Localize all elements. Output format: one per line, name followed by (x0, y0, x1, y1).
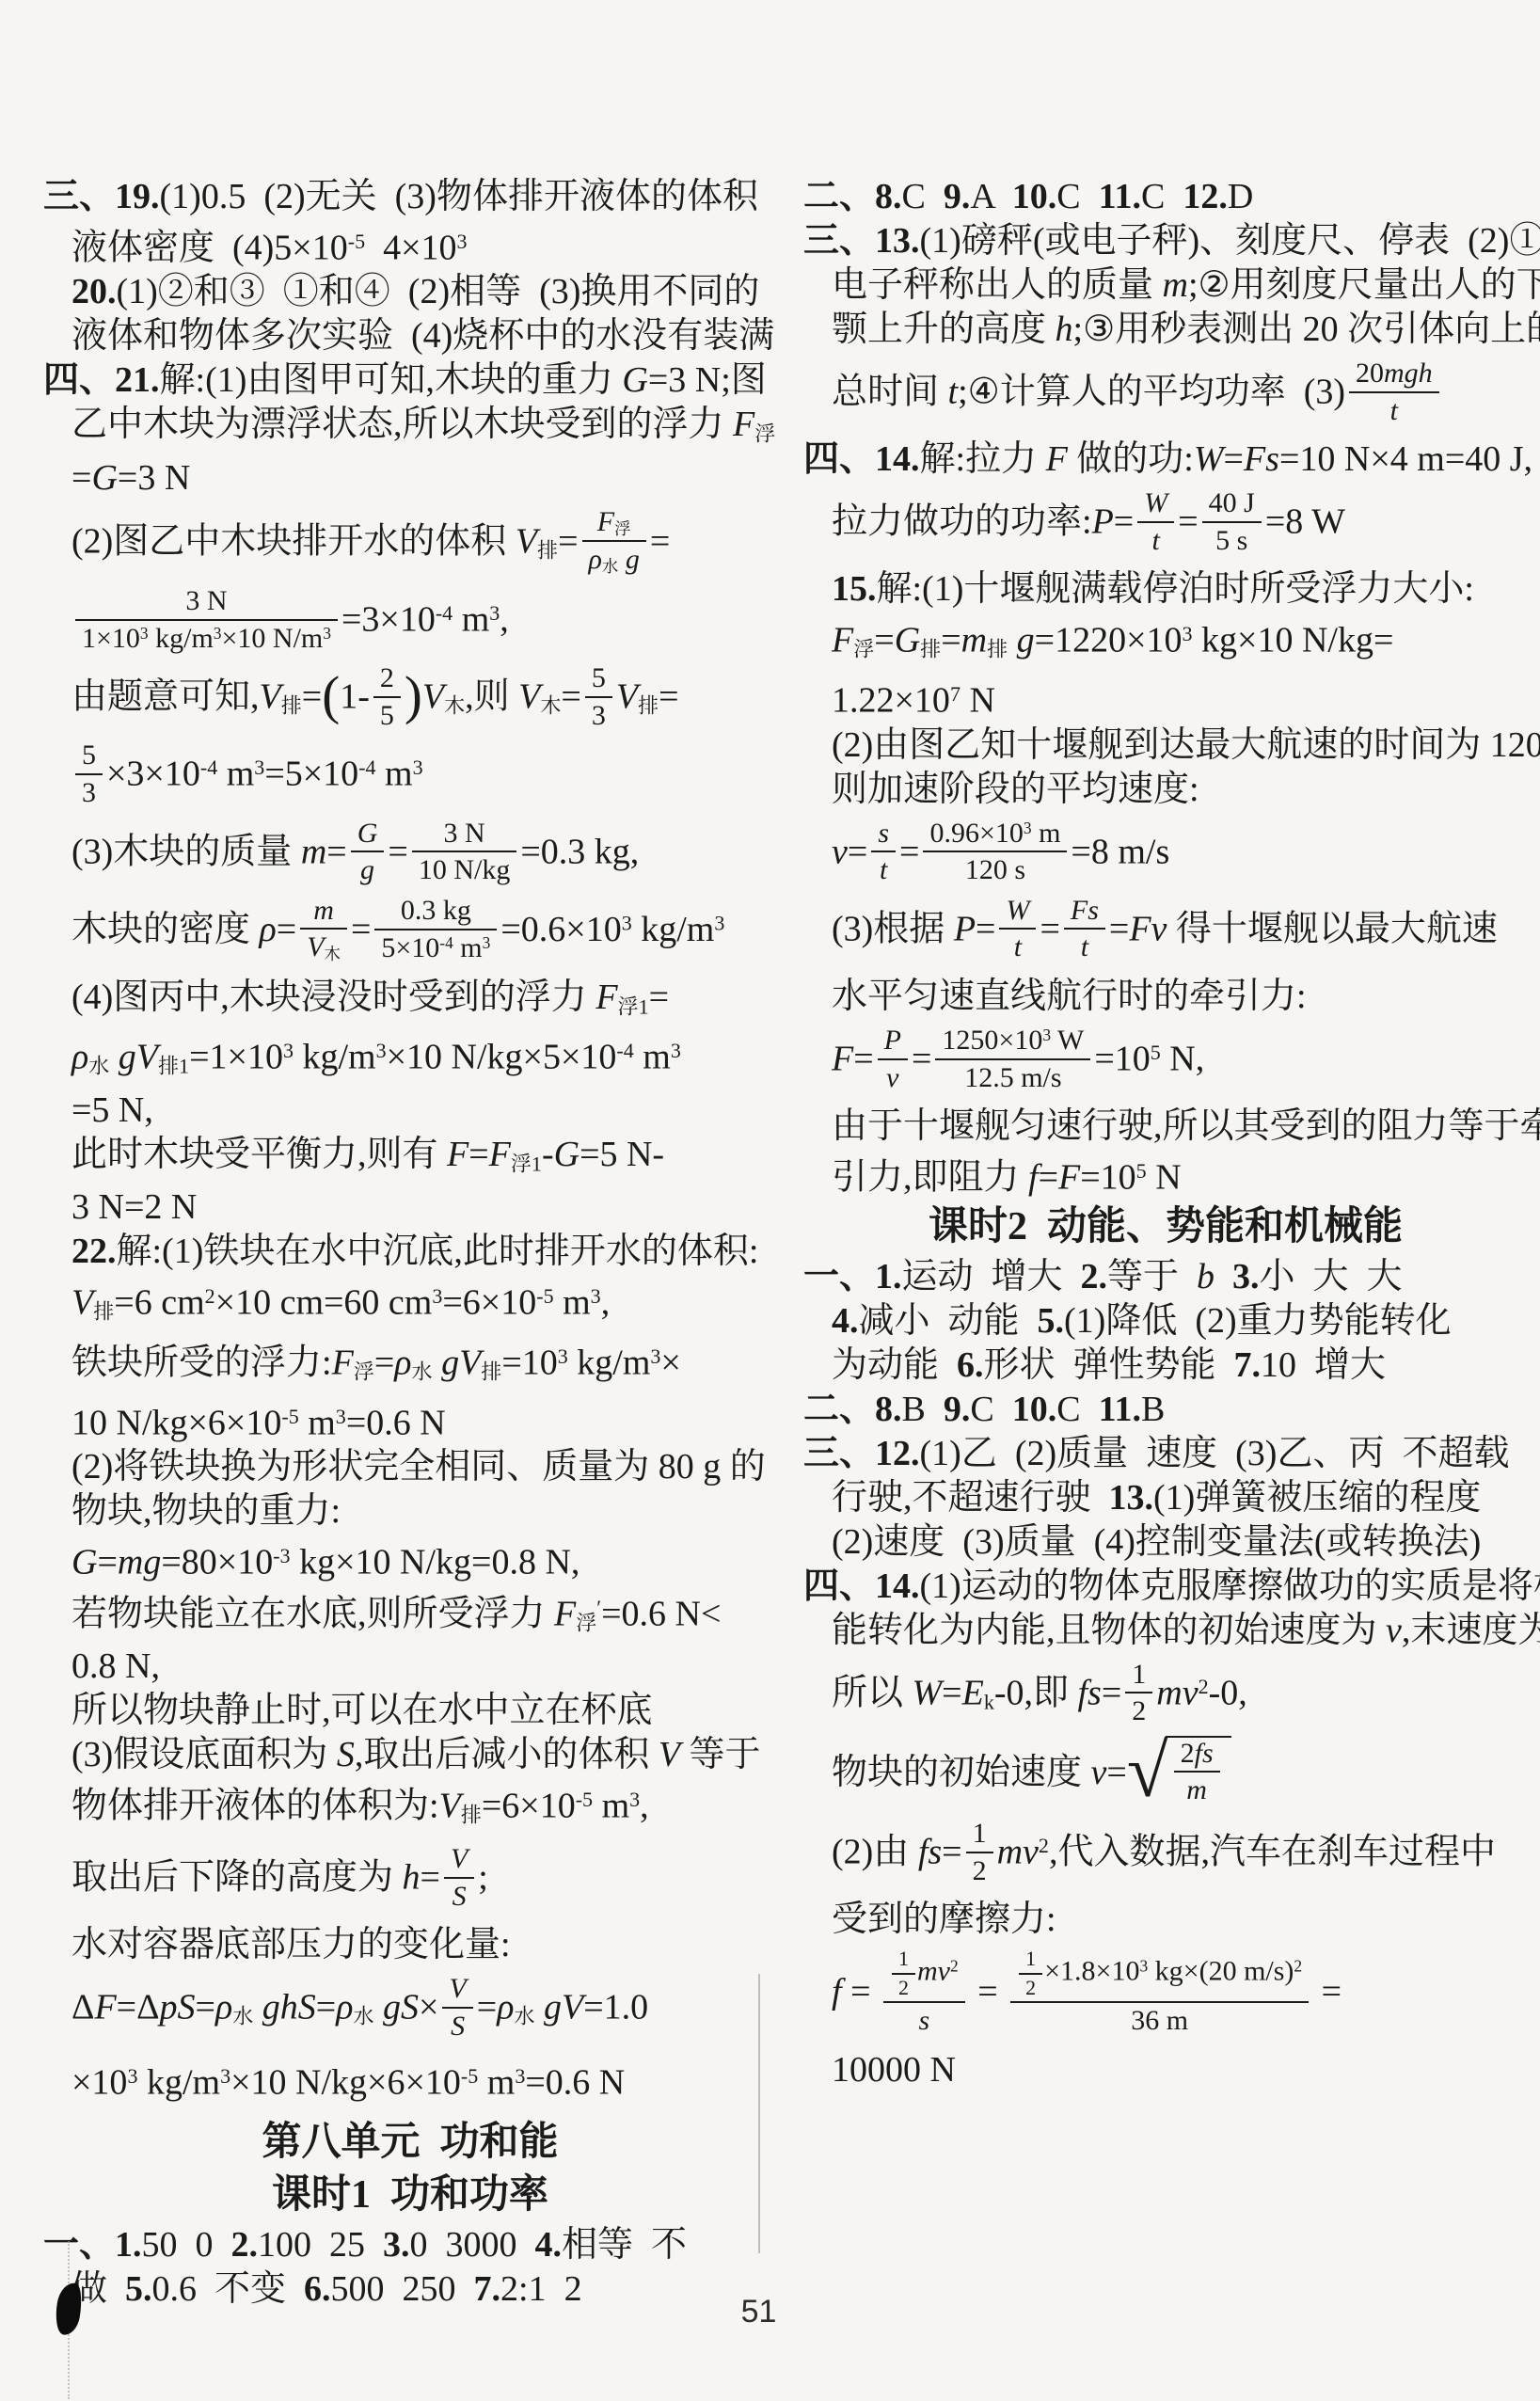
text-run: ×1.8×10 (1044, 1956, 1139, 1987)
item-number: 7. (1234, 1345, 1262, 1385)
answer-line: 拉力做功的功率:P=Wt=40 J5 s=8 W (803, 490, 1528, 559)
text-run: = (1224, 439, 1244, 479)
math-variable: h (1056, 310, 1073, 349)
superscript: 3 (432, 1284, 442, 1308)
text-run: 课时2 动能、势能和机械能 (929, 1205, 1403, 1248)
text-run: 5 s (1215, 525, 1247, 556)
answer-line: 20.(1)②和③ ①和④ (2)相等 (3)换用不同的 (43, 270, 777, 314)
fraction-numerator: 20mgh (1349, 358, 1439, 393)
answer-line: 颚上升的高度 h;③用秒表测出 20 次引体向上的 (803, 308, 1528, 352)
superscript: 3 (671, 1039, 681, 1062)
math-variable: m (1163, 265, 1188, 305)
text-run: 3 (82, 777, 96, 808)
answer-line: 水平匀速直线航行时的牵引力: (803, 975, 1528, 1019)
answer-line: 0.8 N, (43, 1645, 777, 1689)
text-run: kg×(20 m/s) (1148, 1956, 1294, 1987)
text-run: 0.3 kg (401, 895, 471, 926)
text-run: × (419, 1988, 438, 2027)
fraction-denominator: 2 (1019, 1975, 1042, 2000)
text-run: = (650, 521, 670, 561)
fraction: 40 J5 s (1202, 487, 1262, 556)
fraction-numerator: 12mv2 (883, 1948, 965, 2003)
math-variable: v (1091, 1753, 1107, 1792)
text-run: = (1178, 502, 1198, 542)
superscript: 3 (220, 2064, 230, 2088)
text-run: 物块,物块的重力: (71, 1491, 341, 1531)
math-variable: g (360, 854, 374, 885)
text-run: = (659, 677, 678, 717)
superscript: 3 (629, 1788, 640, 1811)
text-run: 木块的密度 (71, 910, 260, 949)
text-run: (1)弹簧被压缩的程度 (1153, 1478, 1481, 1518)
text-run (1215, 1257, 1232, 1296)
text-run: 由题意可知, (71, 677, 260, 717)
fraction: 12 (966, 1818, 993, 1886)
math-variable: W (1144, 487, 1167, 518)
text-run: m (1032, 818, 1061, 849)
answer-line: (2)图乙中木块排开水的体积 V排=F浮ρ水 g= (43, 509, 777, 580)
math-variable: v (1386, 1611, 1402, 1650)
text-run: ×10 (71, 2062, 127, 2102)
fraction: VS (444, 1843, 474, 1912)
superscript: 3 (323, 624, 331, 643)
text-run: N (961, 681, 995, 721)
subscript: 浮 (354, 1360, 374, 1384)
page-number: 51 (0, 2294, 1517, 2330)
radical-content: 2fsm (1166, 1736, 1231, 1809)
superscript: 3 (558, 1344, 568, 1368)
text-run: 10 N/kg (419, 854, 511, 885)
answer-line: 三、19.(1)0.5 (2)无关 (3)物体排开液体的体积 (43, 175, 777, 219)
math-variable: v (886, 1062, 898, 1093)
text-run: 得十堰舰以最大航速 (1167, 909, 1498, 948)
text-run: =8 W (1265, 502, 1345, 542)
text-run: = (899, 832, 919, 871)
fraction-denominator: 3 (75, 775, 103, 809)
text-run: = (302, 677, 322, 717)
answer-line: 液体密度 (4)5×10-5 4×103 (43, 219, 777, 270)
text-run: ×10 N/m (222, 623, 324, 654)
answer-line: ΔF=ΔpS=ρ水 ghS=ρ水 gS×VS=ρ水 gV=1.0 (43, 1976, 777, 2044)
math-variable: F (489, 1135, 511, 1174)
answer-line: 一、1.50 0 2.100 25 3.0 3000 4.相等 不 (43, 2223, 777, 2267)
math-variable: Fv (1129, 909, 1167, 948)
text-run: ; (478, 1858, 488, 1898)
fraction-numerator: 5 (585, 662, 612, 698)
subscript: 木 (325, 946, 341, 964)
fraction-denominator: V木 (300, 930, 347, 964)
math-variable: f (832, 1972, 842, 2011)
text-run: B (902, 1390, 944, 1429)
answer-line: 四、14.解:拉力 F 做的功:W=Fs=10 N×4 m=40 J, (803, 437, 1528, 482)
fraction: 3 N1×103 kg/m3×10 N/m3 (75, 585, 338, 654)
answer-line: 电子秤称出人的质量 m;②用刻度尺量出人的下 (803, 263, 1528, 308)
math-variable: fs (1078, 1673, 1102, 1712)
math-variable: V (659, 1735, 680, 1774)
fraction-denominator: 1×103 kg/m3×10 N/m3 (75, 621, 338, 655)
math-variable: V (449, 1973, 466, 2004)
item-number: 三、13. (803, 221, 920, 261)
superscript: 2 (1199, 1674, 1209, 1697)
item-number: 13. (1109, 1478, 1154, 1518)
text-run: 50 0 (142, 2225, 231, 2265)
math-variable: F (832, 621, 853, 660)
superscript: 3 (376, 1039, 387, 1062)
math-variable: m (1186, 1774, 1207, 1805)
text-run: = (848, 832, 867, 871)
subscript: 水 (353, 2005, 373, 2028)
fraction-numerator: 1 (1125, 1659, 1152, 1694)
math-variable: V (422, 677, 444, 717)
text-run: 液体密度 (4)5×10 (71, 228, 348, 267)
subscript: 排 (987, 638, 1008, 661)
math-variable: V (439, 1787, 461, 1826)
text-run: N, (1161, 1039, 1204, 1078)
answer-line: 所以 W=Ek-0,即 fs=12mv2-0, (803, 1662, 1528, 1730)
math-variable: ρ (260, 910, 277, 949)
fraction-denominator: m (1174, 1773, 1220, 1806)
fraction-numerator: 0.3 kg (374, 895, 497, 930)
item-number: 6. (957, 1345, 984, 1385)
math-variable: mv (1156, 1673, 1198, 1712)
fraction-denominator: 5 s (1202, 523, 1262, 557)
fraction-numerator: 40 J (1202, 487, 1262, 523)
text-run: ;②用刻度尺量出人的下 (1188, 265, 1540, 305)
math-variable: ρ (71, 1038, 88, 1077)
fraction: F浮ρ水 g (582, 506, 646, 577)
math-variable: W (913, 1673, 943, 1712)
text-run: = (1114, 502, 1134, 542)
text-run: 水对容器底部压力的变化量: (71, 1925, 511, 1964)
text-run: = (649, 978, 669, 1017)
math-variable: S (337, 1735, 355, 1774)
math-variable: ρ (394, 1344, 411, 1383)
text-run: = (912, 1039, 931, 1078)
subscript: 浮 (853, 638, 874, 661)
text-run: 解:(1)由图甲可知,木块的重力 (160, 360, 623, 400)
text-run: 12.5 m/s (964, 1062, 1061, 1093)
fraction-numerator: 0.96×103 m (923, 818, 1067, 853)
answer-line: 为动能 6.形状 弹性势能 7.10 增大 (803, 1344, 1528, 1388)
text-run: ;③用秒表测出 20 次引体向上的 (1073, 310, 1540, 349)
superscript: 3 (714, 911, 724, 934)
text-run: 液体和物体多次实验 (4)烧杯中的水没有装满 (71, 316, 774, 356)
text-run: (2)将铁块换为形状完全相同、质量为 80 g 的 (71, 1447, 766, 1487)
text-run: = (561, 677, 580, 717)
math-variable: F (447, 1135, 468, 1174)
answer-line: 水对容器底部压力的变化量: (43, 1923, 777, 1967)
fraction: 25 (373, 662, 401, 731)
text-run: ×10 cm=60 cm (215, 1283, 433, 1323)
answer-line: F=Pv=1250×103 W12.5 m/s=105 N, (803, 1027, 1528, 1096)
text-run: = (1039, 1158, 1058, 1198)
math-variable: W (1006, 895, 1029, 926)
fraction-denominator: ρ水 g (582, 542, 646, 577)
answer-line: 1.22×107 N (803, 672, 1528, 723)
text-run: C (1056, 1390, 1098, 1429)
math-variable: m (301, 832, 326, 871)
text-run: kg/m (294, 1038, 376, 1077)
answer-line: 受到的摩擦力: (803, 1898, 1528, 1942)
fraction-denominator: 2 (1125, 1693, 1152, 1727)
fraction-numerator: 5 (75, 739, 103, 775)
fraction-denominator: t (871, 852, 896, 886)
text-run: =1220×10 (1035, 621, 1183, 660)
text-run: (4)图丙中,木块浸没时受到的浮力 (71, 978, 595, 1017)
item-number: 5. (1038, 1301, 1065, 1341)
answer-line: 此时木块受平衡力,则有 F=F浮1-G=5 N- (43, 1133, 777, 1185)
math-variable: G (71, 1543, 97, 1582)
big-paren: ( (322, 666, 340, 725)
text-run: = (842, 1972, 880, 2011)
math-variable: V (451, 1843, 468, 1874)
superscript: 2 (1039, 1834, 1049, 1857)
subscript: 排 (281, 694, 302, 718)
text-run: m (478, 2062, 515, 2102)
text-run: 解:(1)十堰舰满载停泊时所受浮力大小: (877, 569, 1474, 609)
item-number: 3. (1232, 1257, 1260, 1296)
text-run: 水平匀速直线航行时的牵引力: (832, 977, 1307, 1016)
fraction: st (871, 818, 896, 886)
math-variable: V (516, 521, 537, 561)
text-run: =0.3 kg, (520, 832, 639, 871)
text-run: (2)图乙中木块排开水的体积 (71, 521, 516, 561)
superscript: -4 (616, 1039, 633, 1062)
text-run: = (1040, 909, 1059, 948)
math-variable: V (260, 677, 281, 717)
text-run: W (1051, 1025, 1084, 1056)
text-run: 所以物块静止时,可以在水中立在杯底 (71, 1691, 653, 1730)
text-run: ×3×10 (106, 755, 200, 794)
math-variable: pS (160, 1988, 196, 2027)
fraction-numerator: 3 N (75, 585, 338, 621)
text-run: Δ (71, 1988, 94, 2027)
answer-line: (3)根据 P=Wt=Fst=Fv 得十堰舰以最大航速 (803, 898, 1528, 966)
text-run: 3 N=2 N (71, 1187, 197, 1227)
text-run: =0.6 N (346, 1403, 446, 1442)
superscript: 3 (1042, 1026, 1051, 1044)
text-run: 课时1 功和功率 (272, 2173, 548, 2217)
answer-line: 所以物块静止时,可以在水中立在杯底 (43, 1689, 777, 1733)
answer-line: f = 12mv2s = 12×1.8×103 kg×(20 m/s)236 m… (803, 1950, 1528, 2040)
math-variable: P (1092, 502, 1114, 542)
answer-line: =5 N, (43, 1089, 777, 1133)
answer-line: 由于十堰舰匀速行驶,所以其受到的阻力等于牵 (803, 1105, 1528, 1149)
fraction-denominator: 2 (966, 1853, 993, 1887)
fraction-numerator: 1250×103 W (935, 1025, 1090, 1060)
fraction: 12 (1019, 1948, 1042, 1999)
fraction-numerator: s (871, 818, 896, 853)
math-variable: Fs (1071, 895, 1099, 926)
text-run: =5 N- (579, 1135, 664, 1174)
text-run: =6×10 (482, 1787, 576, 1826)
answer-line: 由题意可知,V排=(1-25)V木,则 V木=53V排= (43, 665, 777, 734)
text-run: 等于 (1107, 1257, 1197, 1296)
text-run: kg/m (632, 910, 715, 949)
subscript: 浮1 (618, 994, 649, 1018)
fraction-numerator: 3 N (412, 818, 517, 853)
text-run: 减小 动能 (859, 1301, 1038, 1341)
text-run: = (942, 1832, 961, 1871)
text-run: -0,即 (994, 1673, 1078, 1712)
math-variable: E (962, 1673, 984, 1712)
text-run: 由于十堰舰匀速行驶,所以其受到的阻力等于牵 (832, 1106, 1540, 1146)
text-run: =0.6 N< (601, 1594, 721, 1633)
item-number: 2. (1081, 1257, 1108, 1296)
text-run: C (970, 1390, 1011, 1429)
text-run: 若物块能立在水底,则所受浮力 (71, 1594, 554, 1633)
math-variable: m (961, 621, 987, 660)
math-variable: ρ (215, 1988, 232, 2027)
text-run: (1)乙 (2)质量 速度 (3)乙、丙 不超载 (920, 1434, 1510, 1473)
text-run: 3 N (185, 585, 227, 616)
math-variable: t (948, 372, 959, 411)
math-variable: ghS (253, 1988, 316, 2027)
math-variable: S (451, 2011, 465, 2042)
answer-line: 铁块所受的浮力:F浮=ρ水 gV排=103 kg/m3× (43, 1334, 777, 1394)
text-run: ,取出后减小的体积 (355, 1735, 659, 1774)
fraction: Wt (999, 895, 1036, 963)
fraction: Fst (1064, 895, 1105, 963)
text-run: = (1102, 1673, 1121, 1712)
math-variable: v (832, 832, 848, 871)
math-variable: G (895, 621, 920, 660)
text-run: 3 (592, 700, 606, 731)
superscript: 3 (254, 755, 264, 779)
superscript: 3 (413, 755, 423, 779)
fraction-numerator: 12×1.8×103 kg×(20 m/s)2 (1010, 1948, 1309, 2003)
text-run: = (326, 832, 346, 871)
subscript: 浮 (614, 519, 630, 538)
text-run: =5 N, (71, 1090, 153, 1130)
answer-line: V排=6 cm2×10 cm=60 cm3=6×10-5 m3, (43, 1274, 777, 1334)
math-variable: Fs (1244, 439, 1279, 479)
answer-line: F浮=G排=m排 g=1220×103 kg×10 N/kg= (803, 612, 1528, 672)
text-run: = (316, 1988, 336, 2027)
fraction-denominator: s (883, 2003, 965, 2037)
item-number: 四、14. (803, 1566, 920, 1606)
answer-line: (3)木块的质量 m=Gg=3 N10 N/kg=0.3 kg, (43, 820, 777, 889)
text-run: - (542, 1135, 554, 1174)
item-number: 10. (1012, 177, 1057, 216)
item-number: 三、19. (43, 177, 160, 216)
fraction-denominator: 3 (585, 698, 612, 732)
text-run: , (640, 1787, 649, 1826)
subscript: 水 (602, 558, 618, 577)
radical-sign: √ (1127, 1742, 1168, 1803)
fraction-denominator: t (999, 930, 1036, 963)
text-run: 20 (1356, 358, 1384, 389)
math-variable: V (307, 931, 324, 962)
text-run: B (1141, 1390, 1165, 1429)
item-number: 12. (1183, 177, 1228, 216)
item-number: 20. (71, 272, 117, 311)
item-number: 10. (1012, 1390, 1057, 1429)
fraction: Pv (878, 1025, 908, 1093)
text-run: = (1312, 1972, 1342, 2011)
math-variable: mv (917, 1956, 950, 1987)
math-variable: F (597, 506, 614, 537)
fraction-numerator: W (999, 895, 1036, 930)
text-run: m (299, 1403, 336, 1442)
text-run: kg×10 N/kg= (1193, 621, 1394, 660)
section-heading: 第八单元 功和能 (43, 2116, 777, 2169)
text-run: 1×10 (82, 623, 140, 654)
superscript: 3 (622, 911, 632, 934)
fraction-denominator: 12.5 m/s (935, 1060, 1090, 1094)
math-variable: G (554, 1135, 579, 1174)
text-run: = (97, 1543, 117, 1582)
text-run: 36 m (1131, 2005, 1188, 2036)
math-variable: gV (535, 1988, 584, 2027)
fraction: Gg (351, 818, 385, 886)
text-run: 取出后下降的高度为 (71, 1858, 403, 1898)
fraction-numerator: F浮 (582, 506, 646, 543)
math-variable: ρ (336, 1988, 353, 2027)
answer-line: 行驶,不超速行驶 13.(1)弹簧被压缩的程度 (803, 1476, 1528, 1520)
math-variable: P (954, 909, 976, 948)
text-run: m (593, 1787, 629, 1826)
answer-line: 则加速阶段的平均速度: (803, 768, 1528, 812)
text-run: (1)②和③ ①和④ (2)相等 (3)换用不同的 (117, 272, 760, 311)
text-run: 2 (380, 662, 394, 693)
text-run: 物体排开液体的体积为: (71, 1787, 439, 1826)
text-run: =10 N×4 m=40 J, (1279, 439, 1532, 479)
text-run: 第八单元 功和能 (262, 2121, 558, 2164)
superscript: -4 (200, 755, 217, 779)
text-run: m (376, 755, 413, 794)
text-run: (1)运动的物体克服摩擦做功的实质是将机械 (920, 1566, 1540, 1606)
text-run: =Δ (117, 1988, 160, 2027)
fraction-denominator: 10 N/kg (412, 852, 517, 886)
item-number: 9. (944, 1390, 971, 1429)
text-run: 1 (898, 1947, 909, 1970)
text-run: 行驶,不超速行驶 (832, 1478, 1109, 1518)
text-run: =80×10 (161, 1543, 273, 1582)
text-run: 拉力做功的功率: (832, 502, 1092, 542)
text-run: = (874, 621, 894, 660)
text-run: 乙中木块为漂浮状态,所以木块受到的浮力 (71, 405, 733, 444)
text-run: 小 大 大 (1260, 1257, 1403, 1296)
answer-line: 四、21.解:(1)由图甲可知,木块的重力 G=3 N;图 (43, 358, 777, 403)
answer-line: 四、14.(1)运动的物体克服摩擦做功的实质是将机械 (803, 1565, 1528, 1609)
math-variable: G (622, 360, 647, 400)
answer-line: 15.解:(1)十堰舰满载停泊时所受浮力大小: (803, 567, 1528, 612)
fraction-denominator: g (351, 852, 385, 886)
fraction: 12mv2s (883, 1948, 965, 2037)
answer-line: (2)将铁块换为形状完全相同、质量为 80 g 的 (43, 1445, 777, 1489)
text-run: 解:拉力 (920, 439, 1046, 479)
text-run: ,则 (465, 677, 518, 717)
subscript: 木 (444, 694, 465, 718)
text-run: 10 N/kg×6×10 (71, 1403, 281, 1442)
text-run: 则加速阶段的平均速度: (832, 770, 1199, 809)
text-run: 所以 (832, 1673, 913, 1712)
superscript: 3 (336, 1405, 346, 1428)
answer-line: 若物块能立在水底,则所受浮力 F浮′=0.6 N< (43, 1585, 777, 1646)
superscript: 5 (1136, 1159, 1147, 1183)
text-run: =6 cm (114, 1283, 204, 1323)
math-variable: gS (374, 1988, 420, 2027)
item-number: 4. (832, 1301, 859, 1341)
superscript: 2 (950, 1957, 959, 1976)
text-run: (3)根据 (832, 909, 954, 948)
subscript: 排 (537, 538, 558, 562)
text-run: N (1147, 1158, 1182, 1198)
answer-line: 三、13.(1)磅秤(或电子秤)、刻度尺、停表 (2)①用 (803, 219, 1528, 263)
subscript: 浮1 (511, 1152, 542, 1175)
subscript: 水 (232, 2005, 253, 2028)
